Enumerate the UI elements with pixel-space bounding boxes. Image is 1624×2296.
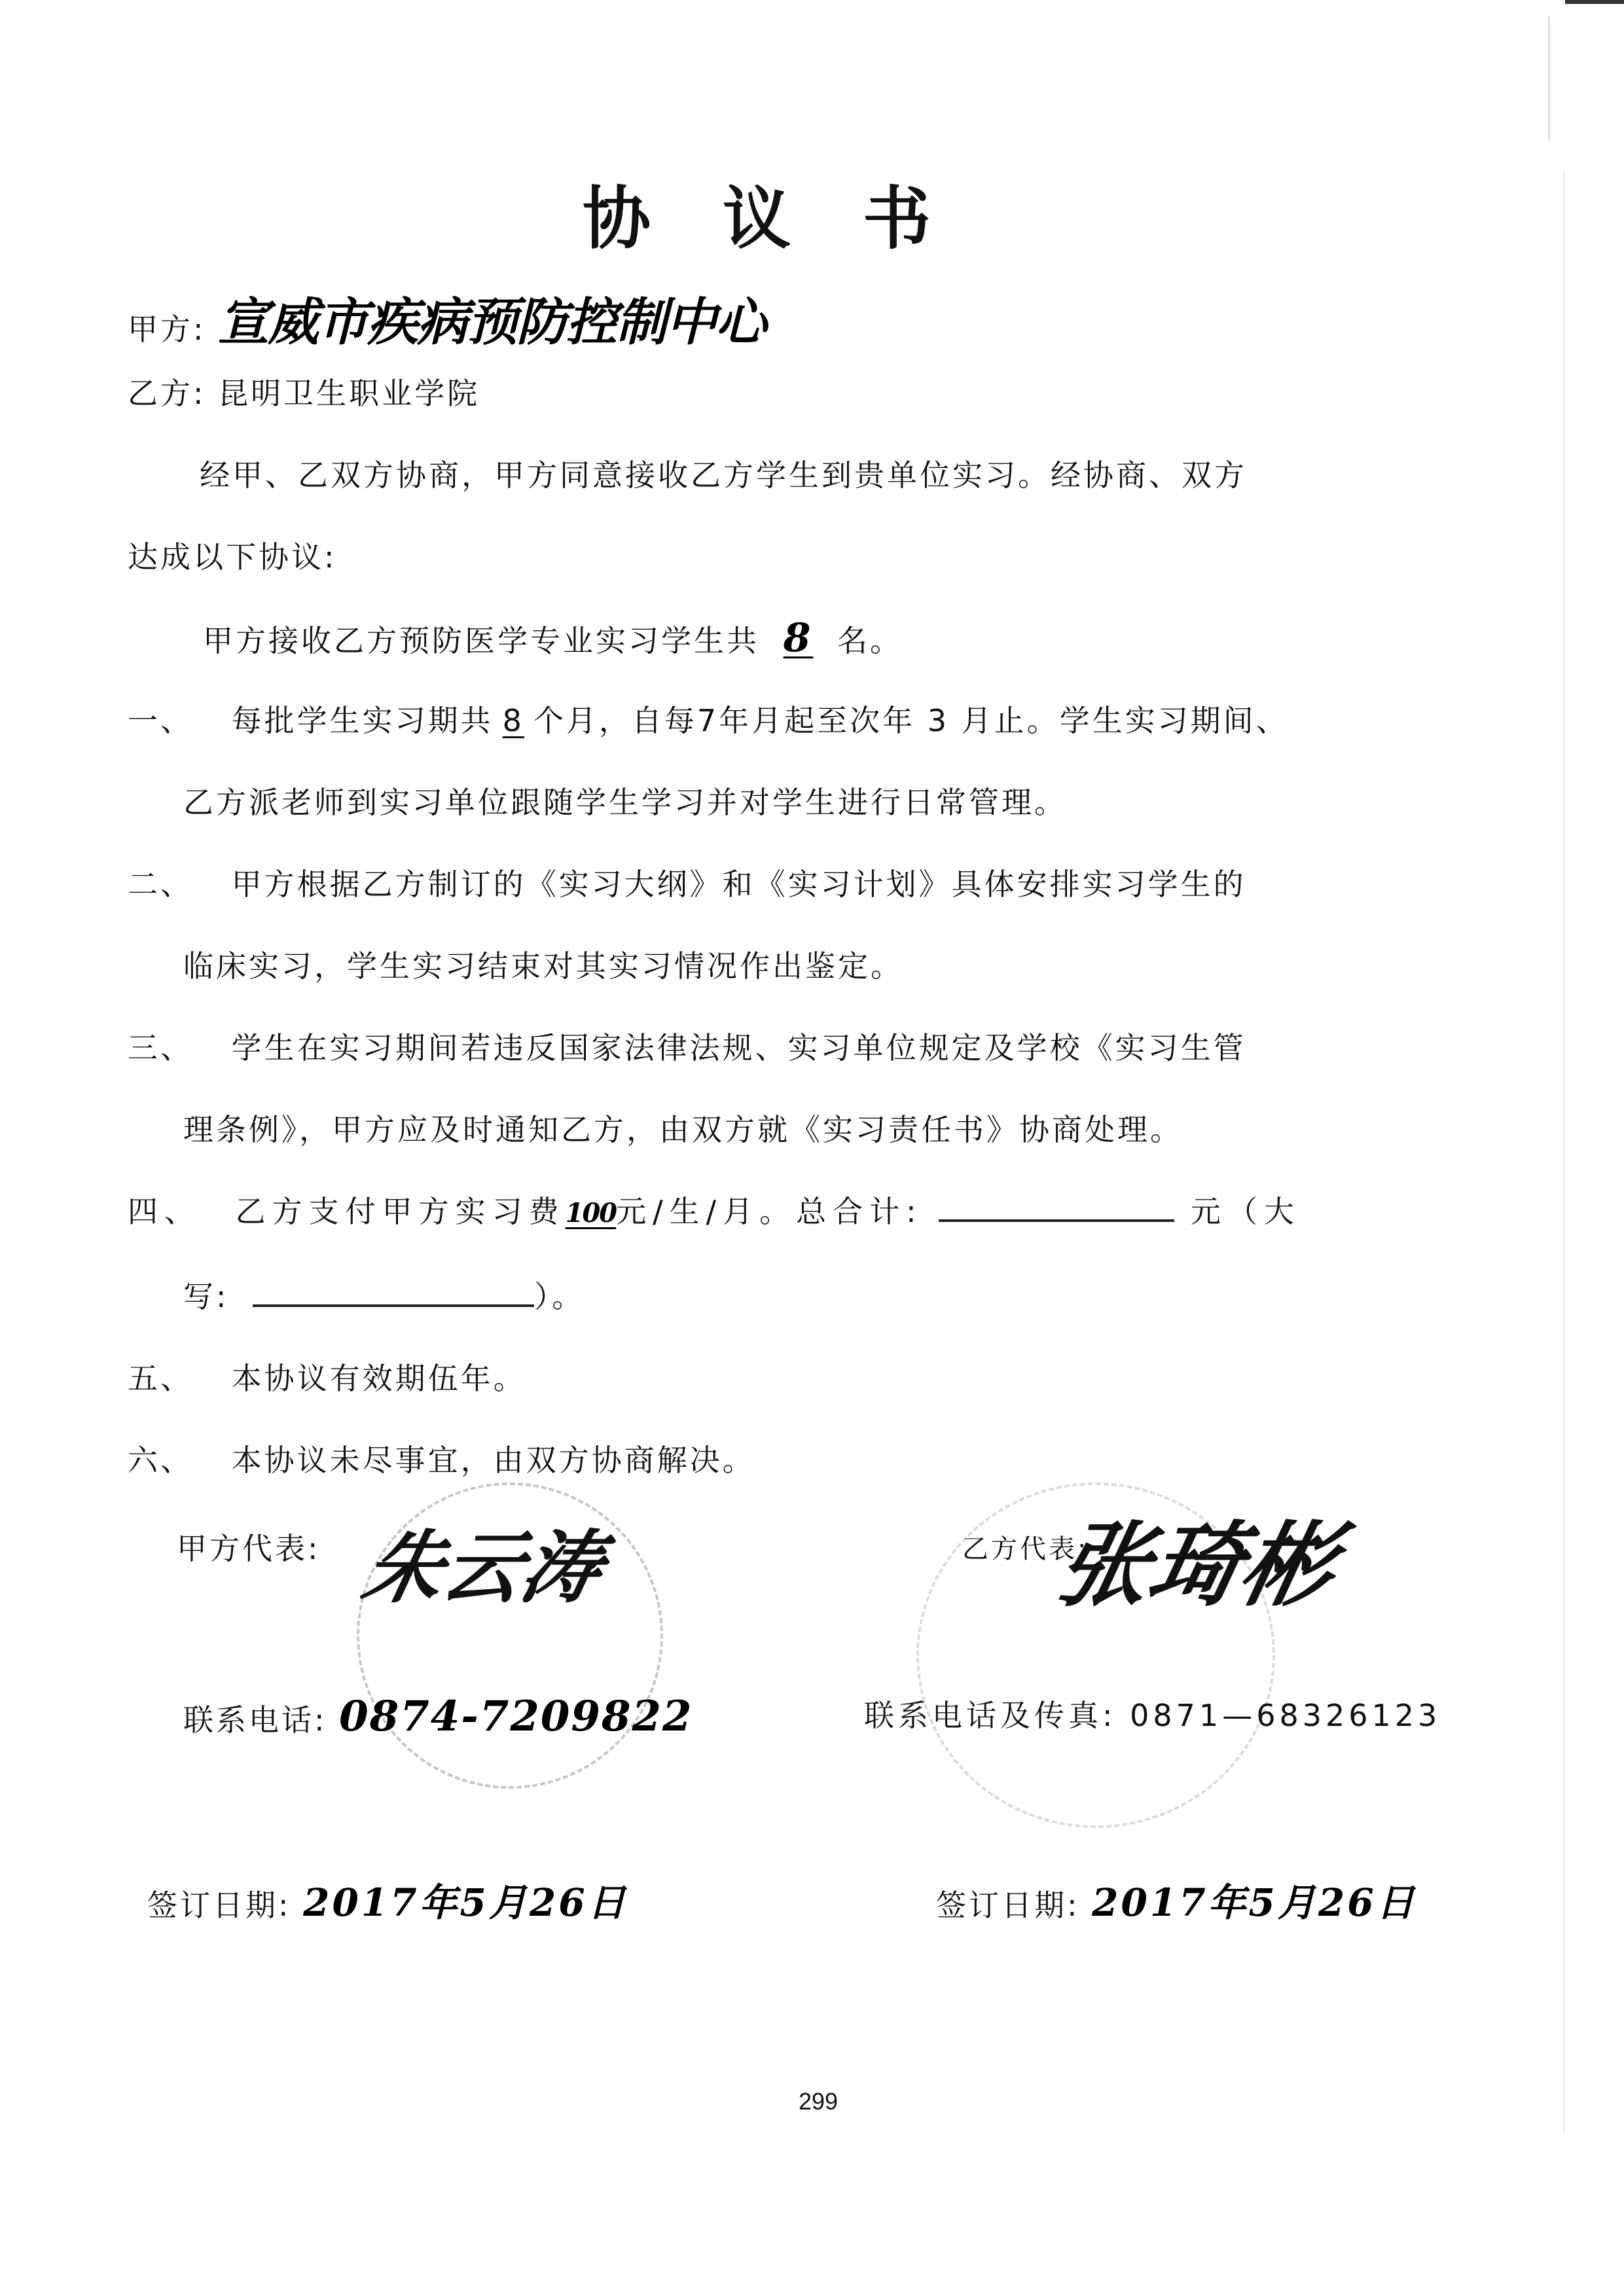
party-a-label: 甲方: (128, 312, 206, 347)
intro-line-2: 达成以下协议: (128, 533, 337, 577)
clause-5-number: 五、 (128, 1355, 219, 1398)
scan-edge-mark (1565, 0, 1624, 4)
clause-4-suffix: 元（大 (1191, 1194, 1301, 1229)
clause-1-prefix: 每批学生实习期共 (232, 703, 494, 738)
clause-2-line-1: 二、 甲方根据乙方制订的《实习大纲》和《实习计划》具体安排实习学生的 (128, 861, 1246, 904)
capital-suffix: ）。 (534, 1279, 585, 1314)
party-b-rep-signature: 张琦彬 (1047, 1492, 1350, 1624)
total-amount-blank[interactable] (939, 1189, 1174, 1222)
clause-2-text: 甲方根据乙方制订的《实习大纲》和《实习计划》具体安排实习学生的 (232, 867, 1246, 902)
clause-3-line-2: 理条例》，甲方应及时通知乙方，由双方就《实习责任书》协商处理。 (183, 1106, 1183, 1149)
clause-4-line-2: 写: ）。 (183, 1273, 585, 1316)
clause-3-text: 学生在实习期间若违反国家法律法规、实习单位规定及学校《实习生管 (232, 1030, 1246, 1066)
party-a-phone-label: 联系电话: (183, 1702, 327, 1738)
clause-4-number: 四、 (128, 1188, 219, 1231)
clause-3-number: 三、 (128, 1024, 219, 1067)
clause-6-number: 六、 (128, 1437, 219, 1480)
party-b-sign-date-handwritten: 2017年5月26日 (1092, 1880, 1417, 1925)
party-b-phone-row: 联系电话及传真: 0871—68326123 (864, 1692, 1441, 1735)
clause-4-fee-handwritten: 100 (566, 1198, 617, 1229)
students-count-row: 甲方接收乙方预防医学专业实习学生共 8 名。 (203, 615, 903, 661)
students-prefix: 甲方接收乙方预防医学专业实习学生共 (203, 623, 759, 658)
party-a-sign-date-row: 签订日期: 2017年5月26日 (147, 1872, 628, 1927)
party-b-label: 乙方: (128, 376, 206, 411)
party-a-handwritten-name: 宣威市疾病预防控制中心 (218, 293, 765, 352)
clause-2-line-2: 临床实习，学生实习结束对其实习情况作出鉴定。 (183, 942, 903, 986)
party-b-row: 乙方: 昆明卫生职业学院 (128, 370, 480, 413)
clause-1-months: 8 (494, 703, 533, 738)
party-b-phone-label: 联系电话及传真: (864, 1698, 1117, 1733)
party-b-phone-value: 0871—68326123 (1130, 1698, 1441, 1733)
clause-6-text: 本协议未尽事宜，由双方协商解决。 (232, 1443, 755, 1478)
document-title: 协议书 (583, 164, 1003, 262)
clause-6-line-1: 六、 本协议未尽事宜，由双方协商解决。 (128, 1437, 755, 1480)
party-a-rep-label: 甲方代表: (177, 1525, 321, 1568)
capital-amount-blank[interactable] (253, 1274, 534, 1307)
clause-5-line-1: 五、 本协议有效期伍年。 (128, 1355, 526, 1398)
clause-4-mid: 元/生/月。总合计: (616, 1194, 923, 1229)
capital-label: 写: (183, 1279, 229, 1314)
party-b-sign-date-label: 签订日期: (936, 1888, 1080, 1923)
party-b-sign-date-row: 签订日期: 2017年5月26日 (936, 1872, 1417, 1927)
clause-1-line-1: 一、 每批学生实习期共8个月，自每7年月起至次年 3 月止。学生实习期间、 (128, 697, 1289, 740)
clause-1-suffix: 个月，自每7年月起至次年 3 月止。学生实习期间、 (533, 703, 1289, 738)
party-a-sign-date-handwritten: 2017年5月26日 (303, 1880, 628, 1925)
intro-line-1: 经甲、乙双方协商，甲方同意接收乙方学生到贵单位实习。经协商、双方 (200, 452, 1247, 495)
clause-4-prefix: 乙方支付甲方实习费 (236, 1194, 566, 1229)
party-a-sign-date-label: 签订日期: (147, 1888, 291, 1923)
party-a-phone-row: 联系电话: 0874-7209822 (183, 1692, 693, 1741)
page-number: 299 (799, 2088, 838, 2115)
party-a-rep-signature: 朱云涛 (355, 1505, 615, 1618)
party-a-phone-handwritten: 0874-7209822 (339, 1692, 693, 1741)
clause-1-line-2: 乙方派老师到实习单位跟随学生学习并对学生进行日常管理。 (183, 779, 1067, 822)
scan-edge-line (1548, 16, 1550, 141)
clause-4-line-1: 四、 乙方支付甲方实习费100元/生/月。总合计: 元（大 (128, 1188, 1301, 1231)
party-b-name: 昆明卫生职业学院 (218, 376, 480, 411)
clause-1-number: 一、 (128, 697, 219, 740)
scan-edge-line (1563, 170, 1565, 2134)
clause-5-text: 本协议有效期伍年。 (232, 1361, 526, 1396)
party-a-row: 甲方: 宣威市疾病预防控制中心 (128, 281, 765, 355)
clause-3-line-1: 三、 学生在实习期间若违反国家法律法规、实习单位规定及学校《实习生管 (128, 1024, 1246, 1067)
students-suffix: 名。 (837, 623, 903, 658)
clause-2-number: 二、 (128, 861, 219, 904)
students-count-handwritten: 8 (772, 615, 825, 661)
